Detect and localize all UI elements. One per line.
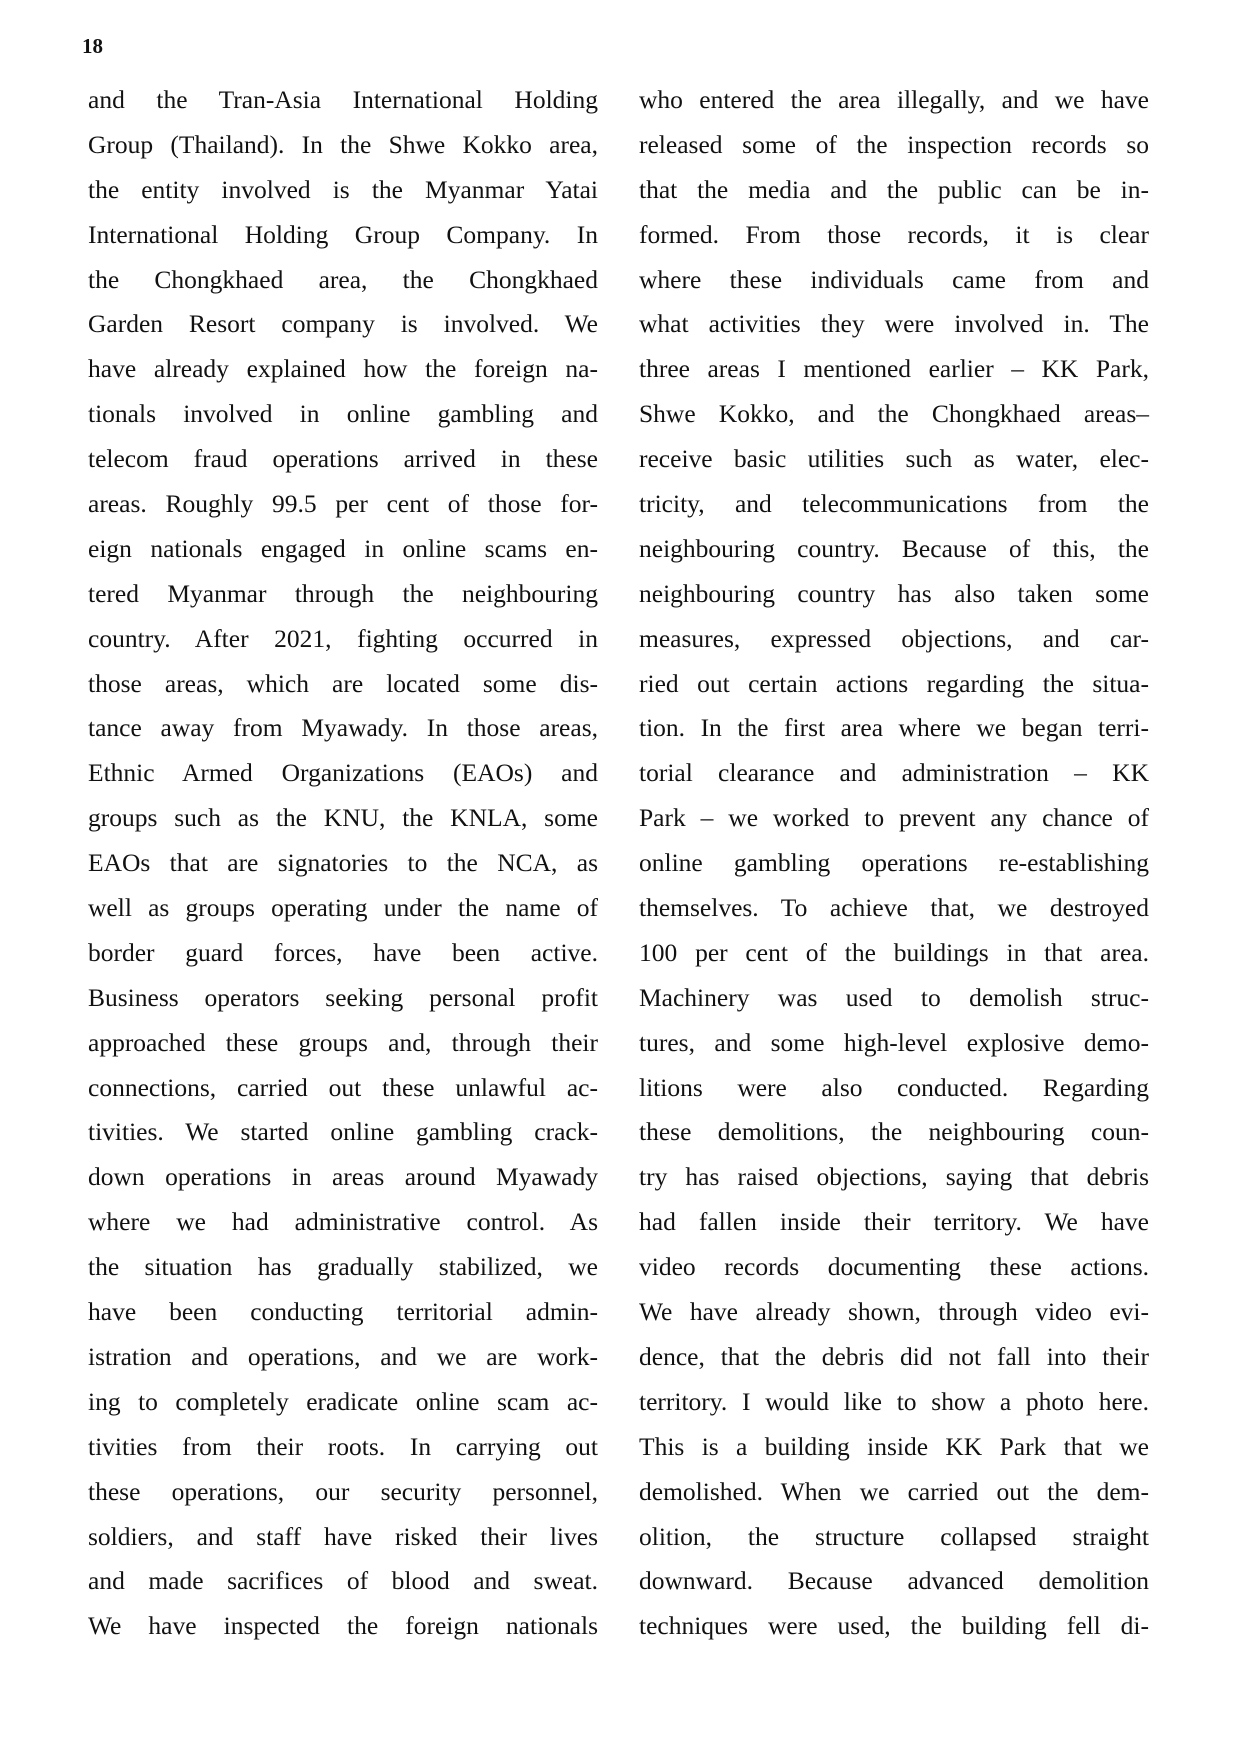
text-line: tivities. We started online gambling cra… [88,1110,598,1155]
text-line: tivities from their roots. In carrying o… [88,1425,598,1470]
text-line: these operations, our security personnel… [88,1470,598,1515]
text-line: tionals involved in online gambling and [88,392,598,437]
text-line: approached these groups and, through the… [88,1021,598,1066]
text-line: that the media and the public can be in- [639,168,1149,213]
text-line: connections, carried out these unlawful … [88,1066,598,1111]
text-line: Garden Resort company is involved. We [88,302,598,347]
text-line: This is a building inside KK Park that w… [639,1425,1149,1470]
text-line: We have already shown, through video evi… [639,1290,1149,1335]
text-line: and the Tran-Asia International Holding [88,78,598,123]
text-line: demolished. When we carried out the dem- [639,1470,1149,1515]
text-line: where we had administrative control. As [88,1200,598,1245]
text-line: these demolitions, the neighbouring coun… [639,1110,1149,1155]
text-line: ing to completely eradicate online scam … [88,1380,598,1425]
text-line: tion. In the first area where we began t… [639,706,1149,751]
text-line: istration and operations, and we are wor… [88,1335,598,1380]
text-line: online gambling operations re-establishi… [639,841,1149,886]
text-line: Ethnic Armed Organizations (EAOs) and [88,751,598,796]
text-line: who entered the area illegally, and we h… [639,78,1149,123]
text-line: Group (Thailand). In the Shwe Kokko area… [88,123,598,168]
page-number: 18 [82,34,103,59]
text-line: themselves. To achieve that, we destroye… [639,886,1149,931]
text-line: the situation has gradually stabilized, … [88,1245,598,1290]
text-line: measures, expressed objections, and car- [639,617,1149,662]
text-line: down operations in areas around Myawady [88,1155,598,1200]
text-line: telecom fraud operations arrived in thes… [88,437,598,482]
text-line: have already explained how the foreign n… [88,347,598,392]
text-line: the entity involved is the Myanmar Yatai [88,168,598,213]
text-line: country. After 2021, fighting occurred i… [88,617,598,662]
text-line: what activities they were involved in. T… [639,302,1149,347]
text-line: those areas, which are located some dis- [88,662,598,707]
text-line: We have inspected the foreign nationals [88,1604,598,1649]
text-line: and made sacrifices of blood and sweat. [88,1559,598,1604]
text-line: released some of the inspection records … [639,123,1149,168]
text-line: three areas I mentioned earlier – KK Par… [639,347,1149,392]
text-line: Park – we worked to prevent any chance o… [639,796,1149,841]
text-line: downward. Because advanced demolition [639,1559,1149,1604]
text-line: Machinery was used to demolish struc- [639,976,1149,1021]
text-column-right: who entered the area illegally, and we h… [639,78,1149,1649]
text-column-left: and the Tran-Asia International HoldingG… [88,78,598,1649]
text-line: try has raised objections, saying that d… [639,1155,1149,1200]
text-line: receive basic utilities such as water, e… [639,437,1149,482]
text-line: EAOs that are signatories to the NCA, as [88,841,598,886]
text-line: dence, that the debris did not fall into… [639,1335,1149,1380]
text-line: where these individuals came from and [639,258,1149,303]
text-line: soldiers, and staff have risked their li… [88,1515,598,1560]
text-line: neighbouring country has also taken some [639,572,1149,617]
text-line: tures, and some high-level explosive dem… [639,1021,1149,1066]
text-line: formed. From those records, it is clear [639,213,1149,258]
text-line: 100 per cent of the buildings in that ar… [639,931,1149,976]
text-line: areas. Roughly 99.5 per cent of those fo… [88,482,598,527]
text-line: well as groups operating under the name … [88,886,598,931]
text-line: neighbouring country. Because of this, t… [639,527,1149,572]
text-line: have been conducting territorial admin- [88,1290,598,1335]
text-line: tricity, and telecommunications from the [639,482,1149,527]
text-line: tance away from Myawady. In those areas, [88,706,598,751]
text-line: olition, the structure collapsed straigh… [639,1515,1149,1560]
text-line: Shwe Kokko, and the Chongkhaed areas– [639,392,1149,437]
text-line: eign nationals engaged in online scams e… [88,527,598,572]
text-line: techniques were used, the building fell … [639,1604,1149,1649]
text-line: groups such as the KNU, the KNLA, some [88,796,598,841]
text-line: litions were also conducted. Regarding [639,1066,1149,1111]
text-line: territory. I would like to show a photo … [639,1380,1149,1425]
text-line: International Holding Group Company. In [88,213,598,258]
text-line: Business operators seeking personal prof… [88,976,598,1021]
text-line: torial clearance and administration – KK [639,751,1149,796]
text-line: had fallen inside their territory. We ha… [639,1200,1149,1245]
text-line: border guard forces, have been active. [88,931,598,976]
text-line: tered Myanmar through the neighbouring [88,572,598,617]
text-line: video records documenting these actions. [639,1245,1149,1290]
text-line: ried out certain actions regarding the s… [639,662,1149,707]
text-line: the Chongkhaed area, the Chongkhaed [88,258,598,303]
